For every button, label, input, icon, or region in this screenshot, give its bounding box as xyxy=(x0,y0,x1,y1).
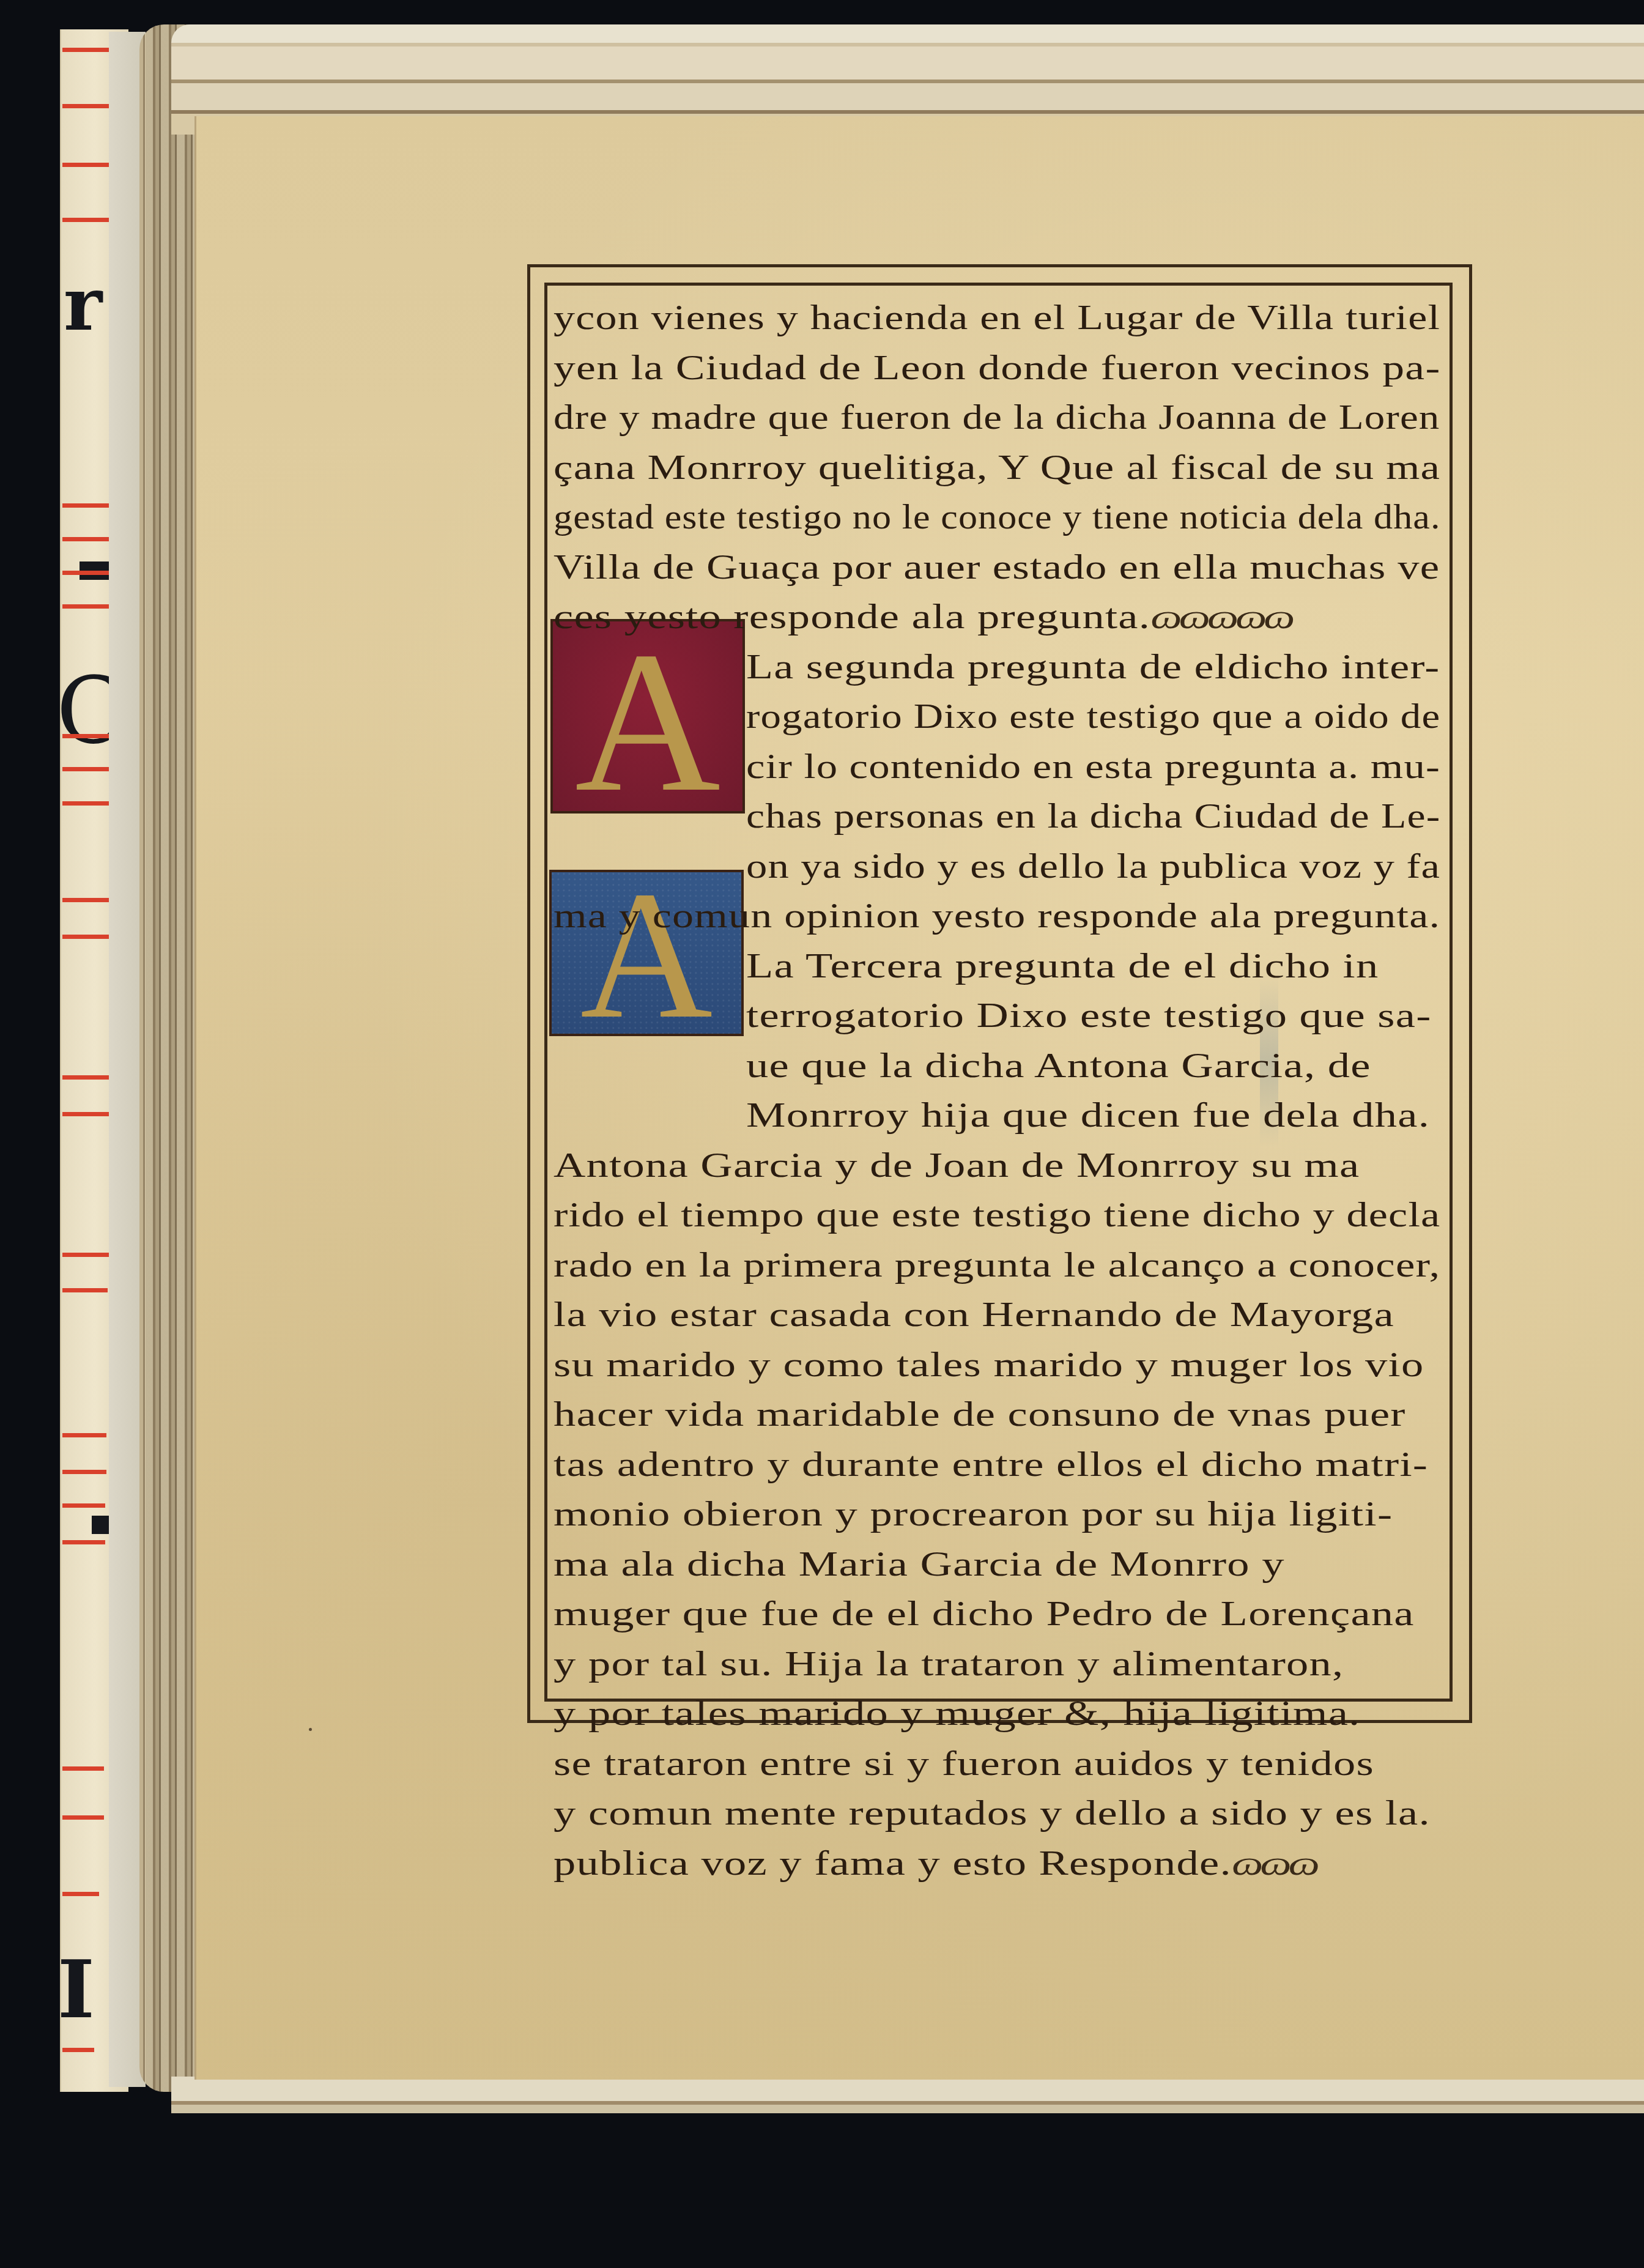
text-line: publica voz y fama y esto Responde.ɷɷɷ xyxy=(554,1838,1440,1888)
spine-rule xyxy=(62,571,115,575)
text-line: yen la Ciudad de Leon donde fueron vecin… xyxy=(554,343,1440,393)
text-line: monio obieron y procrearon por su hija l… xyxy=(554,1489,1440,1539)
spine-rule xyxy=(62,1540,105,1544)
spine-rule xyxy=(62,1433,106,1437)
text-line: cir lo contenido en esta pregunta a. mu- xyxy=(554,741,1440,791)
text-line: rido el tiempo que este testigo tiene di… xyxy=(554,1190,1440,1240)
spine-rule xyxy=(62,1075,110,1080)
spine-rule xyxy=(62,1288,108,1292)
spine-rule xyxy=(62,801,111,806)
text-line: rogatorio Dixo este testigo que a oido d… xyxy=(554,691,1440,741)
text-line: terrogatorio Dixo este testigo que sa- xyxy=(554,990,1440,1040)
text-line: y comun mente reputados y dello a sido y… xyxy=(554,1788,1440,1838)
spine-rule xyxy=(62,1766,104,1771)
text-line: dre y madre que fueron de la dicha Joann… xyxy=(554,392,1440,442)
spine-rule xyxy=(62,1112,109,1116)
text-line: ma y comun opinion yesto responde ala pr… xyxy=(554,891,1440,941)
text-line: se trataron entre si y fueron auidos y t… xyxy=(554,1738,1440,1788)
line-filler-flourish: ɷɷɷɷɷ xyxy=(1150,596,1292,636)
text-line: tas adentro y durante entre ellos el dic… xyxy=(554,1439,1440,1489)
spine-glyph: r xyxy=(64,268,102,341)
text-line: chas personas en la dicha Ciudad de Le- xyxy=(554,791,1440,841)
text-line: La segunda pregunta de eldicho inter- xyxy=(554,642,1440,692)
text-line: la vio estar casada con Hernando de Mayo… xyxy=(554,1289,1440,1340)
spine-rule xyxy=(62,767,113,771)
spine-rule xyxy=(62,503,116,508)
manuscript-text: ycon vienes y hacienda en el Lugar de Vi… xyxy=(554,292,1440,1888)
text-line: Monrroy hija que dicen fue dela dha. xyxy=(554,1090,1440,1140)
spine-rule xyxy=(62,1470,106,1474)
spine-rule xyxy=(62,935,110,939)
spine-rule xyxy=(62,537,115,541)
spine-glyph: I xyxy=(57,1950,95,2029)
text-line: y por tal su. Hija la trataron y aliment… xyxy=(554,1639,1440,1689)
text-line: ycon vienes y hacienda en el Lugar de Vi… xyxy=(554,292,1440,343)
spine-rule xyxy=(62,1892,99,1896)
line-filler-flourish: ɷɷɷ xyxy=(1232,1843,1317,1883)
text-line: La Tercera pregunta de el dicho in xyxy=(554,941,1440,991)
text-line: ces yesto responde ala pregunta.ɷɷɷɷɷ xyxy=(554,591,1440,642)
text-line: Villa de Guaça por auer estado en ella m… xyxy=(554,542,1440,592)
page-speck xyxy=(309,1728,312,1731)
text-line: y por tales marido y muger &, hija ligit… xyxy=(554,1688,1440,1738)
spine-rule xyxy=(62,1253,109,1257)
text-line: on ya sido y es dello la publica voz y f… xyxy=(554,841,1440,891)
text-line: su marido y como tales marido y muger lo… xyxy=(554,1340,1440,1390)
spine-rule xyxy=(62,1503,105,1508)
text-line: çana Monrroy quelitiga, Y Que al fiscal … xyxy=(554,442,1440,492)
text-line: Antona Garcia y de Joan de Monrroy su ma xyxy=(554,1140,1440,1190)
text-line: gestad este testigo no le conoce y tiene… xyxy=(554,492,1440,542)
spine-rule xyxy=(62,898,111,902)
text-line: rado en la primera pregunta le alcanço a… xyxy=(554,1240,1440,1290)
page-stack-bottom-edge xyxy=(171,2077,1644,2113)
spine-rule xyxy=(62,2048,94,2052)
spine-glyph-block xyxy=(92,1516,109,1534)
spine-rule xyxy=(62,604,114,609)
spine-rule xyxy=(62,1815,104,1820)
text-line: hacer vida maridable de consuno de vnas … xyxy=(554,1389,1440,1439)
text-line: ma ala dicha Maria Garcia de Monrro y xyxy=(554,1539,1440,1589)
spine-rule xyxy=(62,734,113,738)
text-line: ue que la dicha Antona Garcia, de xyxy=(554,1040,1440,1091)
text-line: muger que fue de el dicho Pedro de Loren… xyxy=(554,1588,1440,1639)
